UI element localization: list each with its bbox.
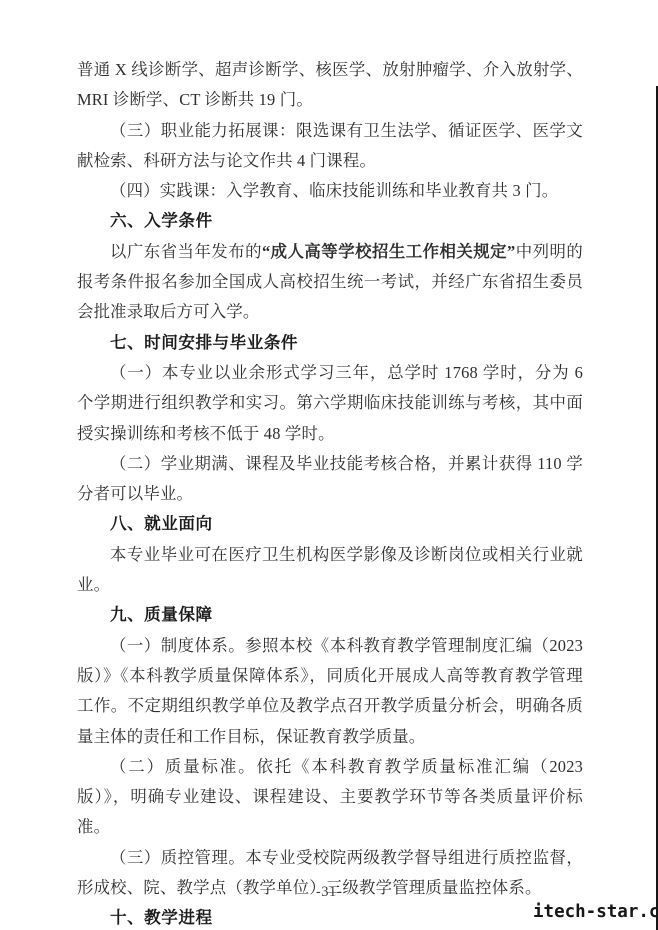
body-paragraph-employment: 本专业毕业可在医疗卫生机构医学影像及诊断岗位或相关行业就业。 xyxy=(77,540,583,601)
section-heading-admission: 六、入学条件 xyxy=(77,206,583,236)
section-heading-schedule: 七、时间安排与毕业条件 xyxy=(77,328,583,358)
body-paragraph-schedule-2: （二）学业期满、课程及毕业技能考核合格，并累计获得 110 学分者可以毕业。 xyxy=(77,449,583,510)
document-body: 普通 X 线诊断学、超声诊断学、核医学、放射肿瘤学、介入放射学、MRI 诊断学、… xyxy=(77,55,583,930)
page-number: -31- xyxy=(0,882,658,902)
body-paragraph-admission: 以广东省当年发布的“成人高等学校招生工作相关规定”中列明的报考条件报名参加全国成… xyxy=(77,237,583,328)
section-heading-quality: 九、质量保障 xyxy=(77,600,583,630)
text-run: 以广东省当年发布的 xyxy=(110,242,262,261)
body-paragraph-item-4: （四）实践课：入学教育、临床技能训练和毕业教育共 3 门。 xyxy=(77,176,583,206)
body-paragraph-quality-1: （一）制度体系。参照本校《本科教育教学管理制度汇编（2023 版）》《本科教学质… xyxy=(77,631,583,752)
watermark-text: itech-star.com xyxy=(533,901,658,923)
section-heading-employment: 八、就业面向 xyxy=(77,509,583,539)
document-page: 普通 X 线诊断学、超声诊断学、核医学、放射肿瘤学、介入放射学、MRI 诊断学、… xyxy=(0,0,658,930)
body-paragraph-schedule-1: （一）本专业以业余形式学习三年，总学时 1768 学时，分为 6 个学期进行组织… xyxy=(77,358,583,449)
section-heading-progress: 十、教学进程 xyxy=(77,903,583,930)
body-paragraph-quality-2: （二）质量标准。依托《本科教育教学质量标准汇编（2023 版）》，明确专业建设、… xyxy=(77,752,583,843)
body-paragraph-item-3: （三）职业能力拓展课：限选课有卫生法学、循证医学、医学文献检索、科研方法与论文作… xyxy=(77,116,583,177)
text-run-bold: “成人高等学校招生工作相关规定” xyxy=(262,242,515,261)
body-paragraph-continued: 普通 X 线诊断学、超声诊断学、核医学、放射肿瘤学、介入放射学、MRI 诊断学、… xyxy=(77,55,583,116)
